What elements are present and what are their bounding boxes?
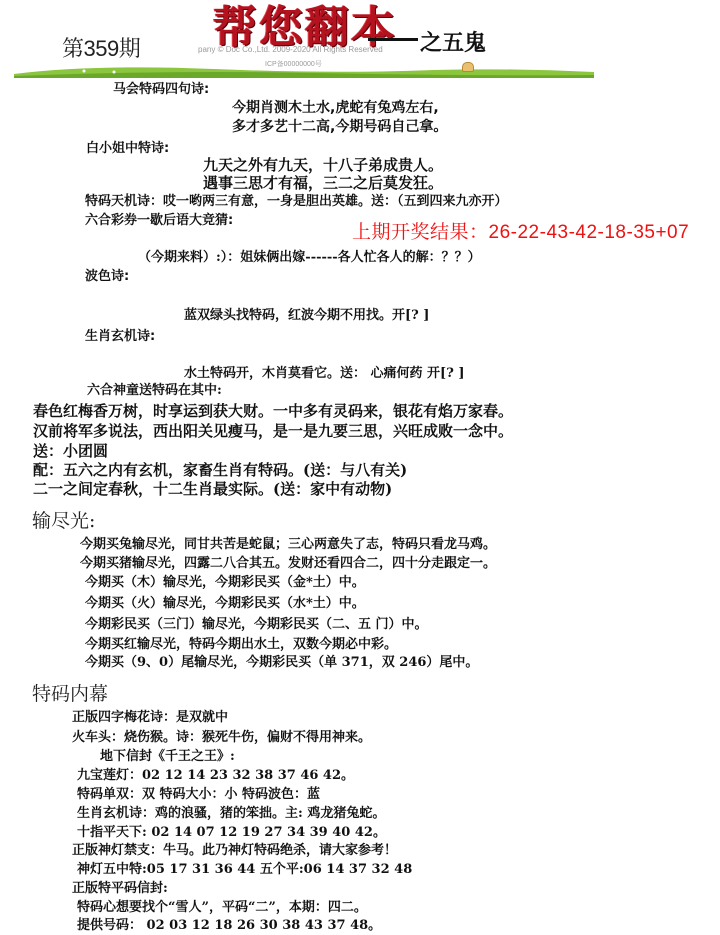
xiehouyu-heading: 六合彩券一歇后语大竞猜: [85,213,233,229]
neimu-line: 地下信封《千王之王》: [100,749,235,765]
copyright-text: pany © Doc Co.,Ltd. 2009-2020 All Rights… [198,45,383,54]
shentong-line: 二一之间定春秋，十二生肖最实际。(送：家中有动物) [33,479,392,499]
bai-line: 遇事三思才有福，三二之后莫发狂。 [203,173,443,193]
green-banner [14,64,594,78]
shentong-line: 送：小团圆 [33,441,108,461]
title-dash [368,38,418,41]
neimu-line: 正版神灯禁支：牛马。此乃神灯特码绝杀，请大家参考！ [72,843,397,859]
shengxiao-heading: 生肖玄机诗: [85,329,155,345]
shentong-line: 汉前将军多说法，西出阳关见瘦马，是一是九要三思，兴旺成败一念中。 [33,421,513,441]
shujinguang-line: 今期买（木）输尽光，今期彩民买（金*土）中。 [85,575,365,591]
shentong-line: 春色红梅香万树，时享运到获大财。一中多有灵码来，银花有焰万家春。 [33,401,513,421]
shujinguang-line: 今期买红输尽光，特码今期出水土，双数今期必中彩。 [85,637,397,653]
neimu-line: 特码心想要找个“雪人”，平码“二”，本期：四二。 [77,900,367,916]
neimu-heading: 特码内幕 [32,679,108,706]
mahui-line: 今期肖测木土水,虎蛇有兔鸡左右, [232,99,439,117]
neimu-line: 正版特平码信封: [72,881,168,897]
shujinguang-line: 今期彩民买（三门）输尽光，今期彩民买（二、五 门）中。 [85,617,428,633]
bose-line: 蓝双绿头找特码，红波今期不用找。开[? ] [184,308,429,324]
mascot-icon [462,62,474,72]
bai-heading: 白小姐中特诗: [86,141,169,157]
neimu-line: 生肖玄机诗：鸡的浪骚，猪的笨拙。主: 鸡龙猪兔蛇。 [77,806,385,822]
bai-line: 九天之外有九天，十八子弟成贵人。 [203,155,443,175]
neimu-line: 提供号码： 02 03 12 18 26 30 38 43 37 48。 [77,918,381,934]
xiehouyu-line: （今期来料）:）：姐妹俩出嫁------各人忙各人的解：？？） [138,250,481,266]
tianji-line: 特码天机诗：哎一哟两三有意，一身是胆出英雄。送：（五到四来九亦开） [85,194,508,210]
last-result-label: 上期开奖结果： [352,222,489,243]
shentong-heading: 六合神童送特码在其中: [87,383,222,399]
last-result-numbers: 26-22-43-42-18-35+07 [489,222,690,243]
bose-heading: 波色诗: [85,269,129,285]
neimu-line: 正版四字梅花诗：是双就中 [72,710,228,726]
shujinguang-line: 今期买（火）输尽光，今期彩民买（水*土）中。 [85,596,365,612]
page-subtitle: 之五鬼 [420,26,486,57]
shengxiao-line: 水土特码开，木肖莫看它。送： 心痛何药 开[? ] [184,366,465,382]
shujinguang-line: 今期买兔输尽光，同甘共苦是蛇鼠；三心两意失了志，特码只看龙马鸡。 [80,537,496,553]
neimu-line: 十指平天下: 02 14 07 12 19 27 34 39 40 42。 [77,825,386,841]
neimu-line: 特码单双：双 特码大小：小 特码波色：蓝 [77,787,320,803]
issue-number: 第359期 [62,32,140,63]
neimu-line: 火车头：烧伤猴。诗：猴死牛伤，偏财不得用神来。 [72,730,371,746]
neimu-line: 神灯五中特:05 17 31 36 44 五个平:06 14 37 32 48 [77,862,412,878]
mahui-line: 多才多艺十二高,今期号码自己拿。 [232,118,447,136]
shentong-line: 配：五六之内有玄机，家畜生肖有特码。(送：与八有关) [33,460,407,480]
shujinguang-line: 今期买（9、0）尾输尽光，今期彩民买（单 371，双 246）尾中。 [85,655,478,671]
shujinguang-line: 今期买猪输尽光，四露二八合其五。发财还看四合二，四十分走跟定一。 [80,556,496,572]
last-result: 上期开奖结果：26-22-43-42-18-35+07 [352,222,689,244]
mahui-heading: 马会特码四句诗: [113,82,209,98]
shujinguang-heading: 输尽光: [32,506,95,533]
neimu-line: 九宝莲灯：02 12 14 23 32 38 37 46 42。 [77,768,354,784]
